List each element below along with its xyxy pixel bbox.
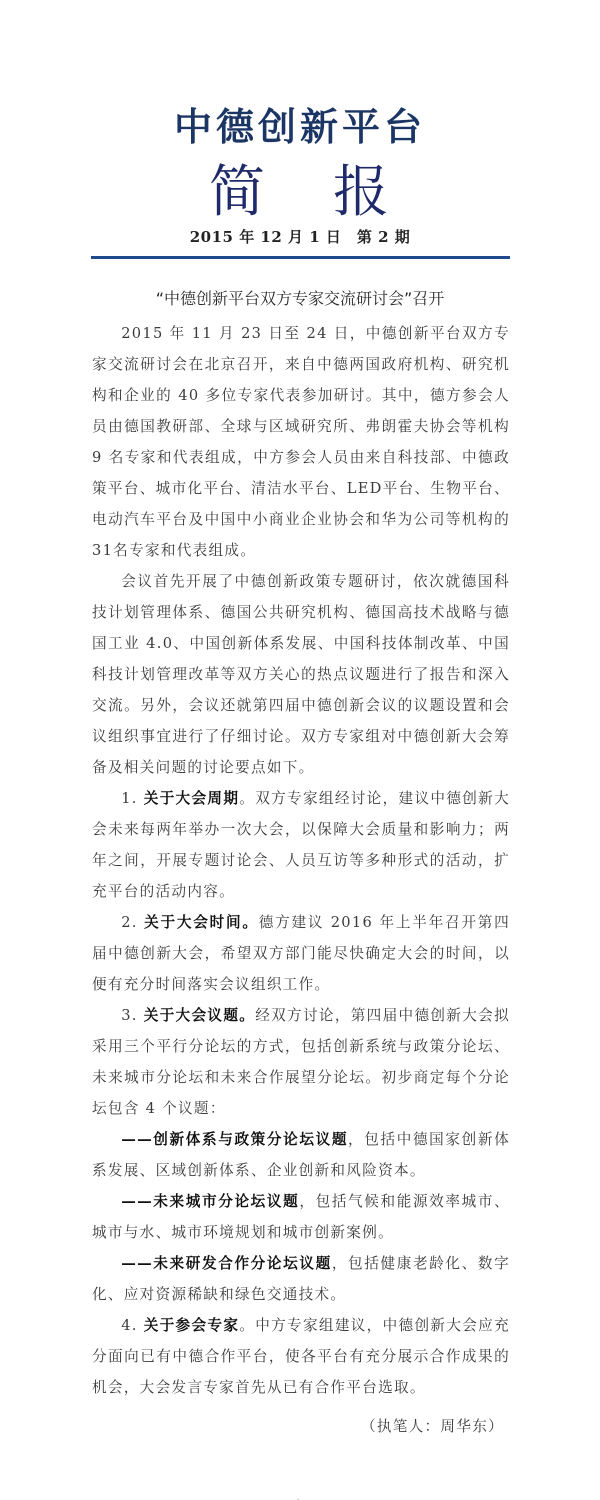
paragraph-forum-innovation: ——创新体系与政策分论坛议题，包括中德国家创新体系发展、区域创新体系、企业创新和… (92, 1124, 510, 1186)
paragraph-forum-city: ——未来城市分论坛议题，包括气候和能源效率城市、城市与水、城市环境规划和城市创新… (92, 1186, 510, 1248)
article-heading: “中德创新平台双方专家交流研讨会”召开 (0, 286, 600, 309)
brand-title: 中德创新平台 (0, 96, 600, 151)
issue-date-line: 2015 年 12 月 1 日 第 2 期 (0, 226, 600, 247)
item-1-title: 关于大会周期 (144, 790, 240, 807)
paragraph-overview: 会议首先开展了中德创新政策专题研讨，依次就德国科技计划管理体系、德国公共研究机构… (92, 566, 510, 783)
forum-innovation-title: ——创新体系与政策分论坛议题 (121, 1131, 348, 1148)
paragraph-item-3: 3. 关于大会议题。经双方讨论，第四届中德创新大会拟采用三个平行分论坛的方式，包… (92, 1000, 510, 1124)
item-4-title: 关于参会专家 (144, 1317, 240, 1334)
paragraph-item-4: 4. 关于参会专家。中方专家组建议，中德创新大会应充分面向已有中德合作平台，使各… (92, 1310, 510, 1403)
header-divider (91, 256, 510, 259)
bulletin-title-left: 简 (209, 160, 267, 225)
forum-city-title: ——未来城市分论坛议题 (121, 1193, 299, 1210)
bulletin-title: 简报 (0, 148, 600, 228)
item-2-title: 关于大会时间。 (144, 914, 259, 931)
forum-rnd-title: ——未来研发合作分论坛议题 (121, 1255, 332, 1272)
page-mark: - (297, 1496, 299, 1500)
author-credit: （执笔人：周华东） (92, 1411, 510, 1442)
paragraph-forum-rnd: ——未来研发合作分论坛议题，包括健康老龄化、数字化、应对资源稀缺和绿色交通技术。 (92, 1248, 510, 1310)
paragraph-intro: 2015 年 11 月 23 日至 24 日，中德创新平台双方专家交流研讨会在北… (92, 318, 510, 566)
paragraph-item-1: 1. 关于大会周期。双方专家组经讨论，建议中德创新大会未来每两年举办一次大会，以… (92, 783, 510, 907)
article-body: 2015 年 11 月 23 日至 24 日，中德创新平台双方专家交流研讨会在北… (92, 318, 510, 1442)
bulletin-title-right: 报 (333, 160, 391, 225)
item-3-title: 关于大会议题。 (144, 1007, 256, 1024)
paragraph-item-2: 2. 关于大会时间。德方建议 2016 年上半年召开第四届中德创新大会，希望双方… (92, 907, 510, 1000)
